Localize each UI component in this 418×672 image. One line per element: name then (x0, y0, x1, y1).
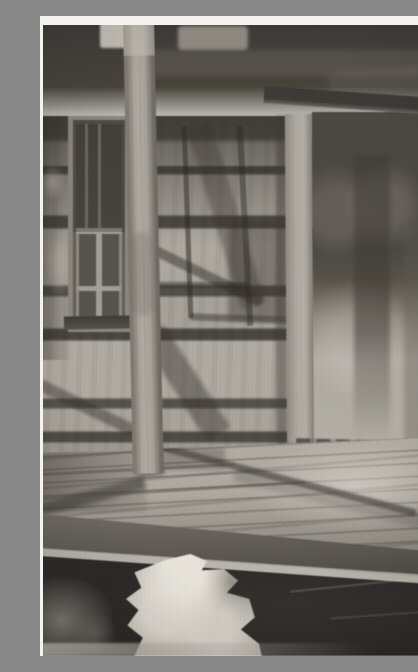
door-jamb-left (285, 114, 314, 466)
bottom-light-strip (40, 643, 370, 656)
window-lower-sash (76, 234, 122, 316)
photo-layers (40, 16, 418, 656)
photo-margin-left (40, 16, 43, 656)
photo-margin-top (40, 16, 418, 25)
gray-patch (178, 26, 248, 50)
window-shade (73, 120, 125, 232)
photo: Black-and-white photograph of a hewn-log… (40, 16, 418, 656)
door-shadow-band (354, 154, 390, 454)
lit-log-end (40, 164, 66, 200)
post-shading (132, 231, 154, 315)
door-seam-band (404, 224, 418, 466)
post-top-highlight (123, 21, 155, 56)
window-sill (64, 315, 134, 329)
